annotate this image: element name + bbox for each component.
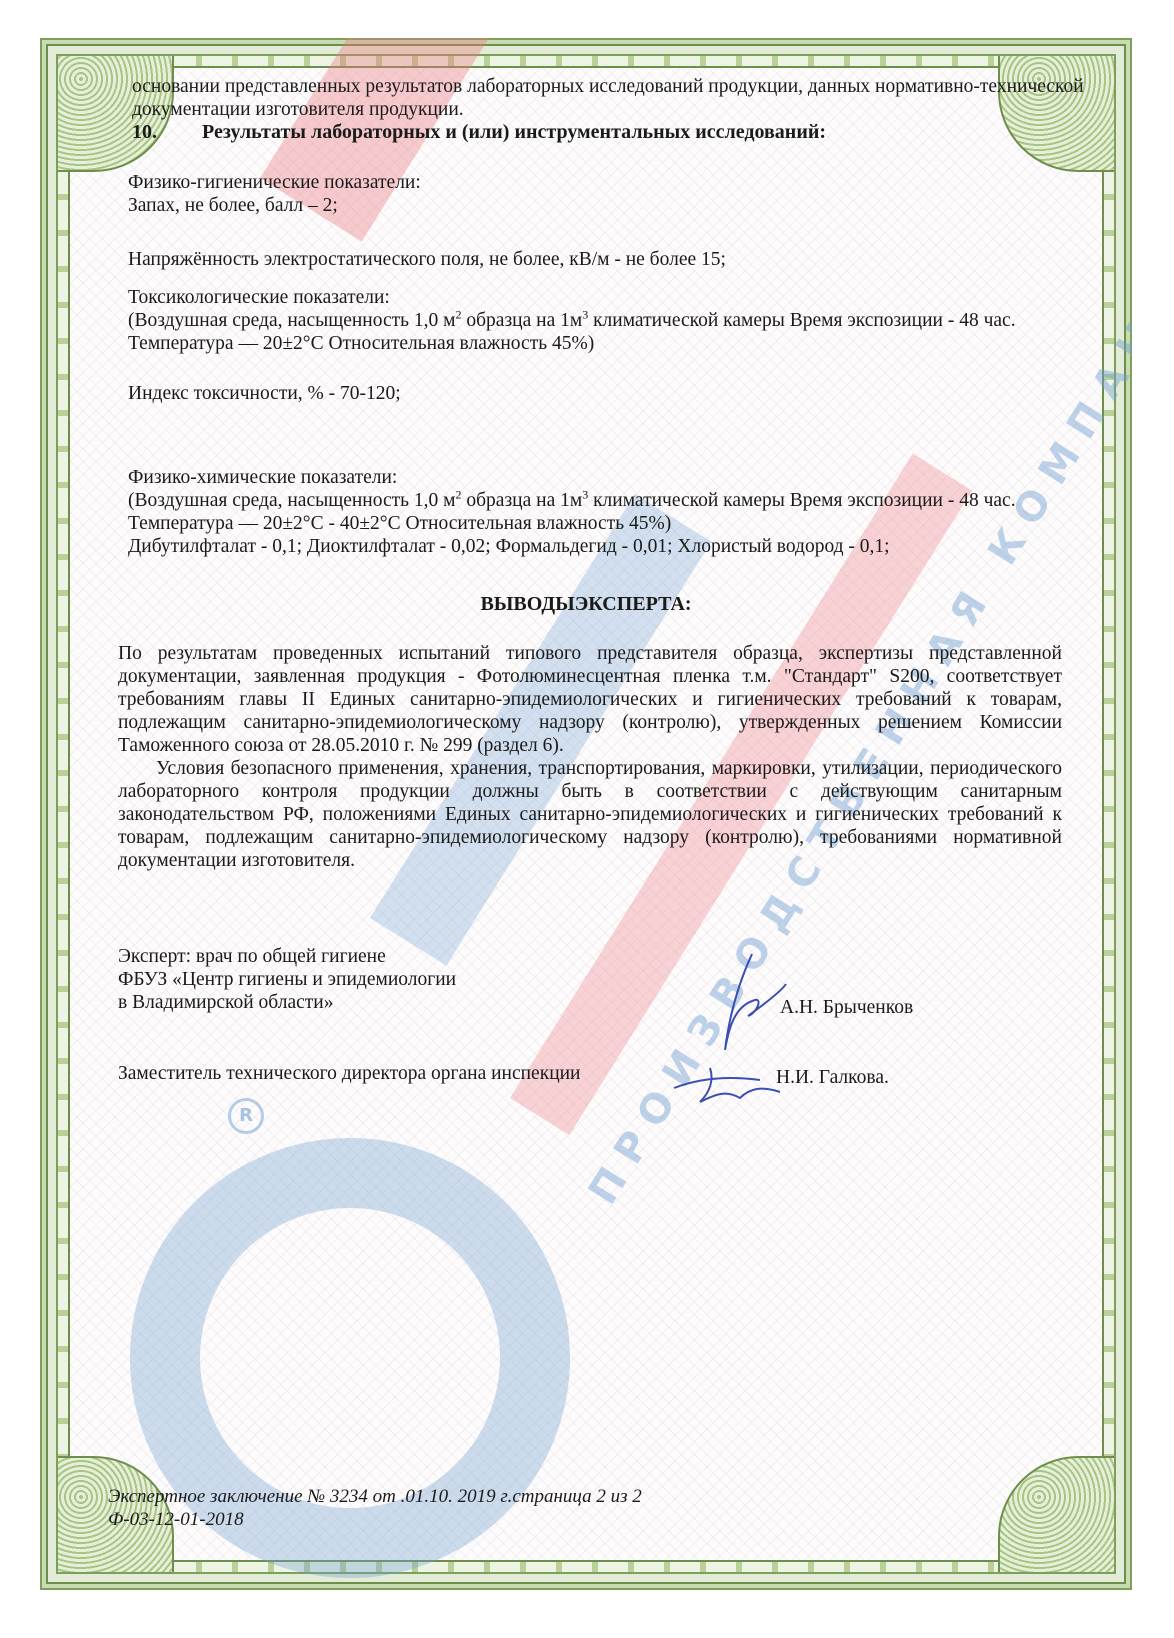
expert-line: ФБУЗ «Центр гигиены и эпидемиологии [118,968,456,991]
physical-chemical-values: Дибутилфталат - 0,1; Диоктилфталат - 0,0… [128,535,1088,558]
physical-chemical-heading: Физико-химические показатели: [128,466,1088,489]
expert-name: А.Н. Брыченков [780,996,913,1019]
conclusion-paragraph: Условия безопасного применения, хранения… [118,757,1062,872]
expert-line: Эксперт: врач по общей гигиене [118,945,456,968]
section-title: Результаты лабораторных и (или) инструме… [202,121,826,143]
odor-value: Запах, не более, балл – 2; [128,194,1088,217]
signature-expert [700,950,790,1060]
expert-line: в Владимирской области» [118,991,456,1014]
conclusion-paragraph: По результатам проведенных испытаний тип… [118,642,1062,757]
text-segment: образца на 1м [462,310,583,331]
section-heading: 10.Результаты лабораторных и (или) инстр… [132,121,826,144]
physical-chemical-conditions: (Воздушная среда, насыщенность 1,0 м2 об… [128,489,1088,535]
toxicological-heading: Токсикологические показатели: [128,286,1088,309]
footer-reference: Экспертное заключение № 3234 от .01.10. … [108,1485,642,1508]
electrostatic-value: Напряжённость электростатического поля, … [128,248,1088,271]
toxicity-index-value: Индекс токсичности, % - 70-120; [128,382,1088,405]
certificate-page: ПРОИЗВОДСТВЕННАЯ КОМПАНИЯ R основании пр… [40,38,1132,1590]
deputy-role: Заместитель технического директора орган… [118,1062,581,1085]
section-number: 10. [132,121,202,144]
deputy-name: Н.И. Галкова. [776,1066,889,1089]
expert-block: Эксперт: врач по общей гигиене ФБУЗ «Цен… [118,945,456,1014]
text-segment: образца на 1м [462,490,583,511]
document-footer: Экспертное заключение № 3234 от .01.10. … [108,1485,642,1531]
electrostatic-block: Напряжённость электростатического поля, … [128,248,1088,271]
document-content: основании представленных результатов лаб… [40,38,1132,1590]
toxicity-index-block: Индекс токсичности, % - 70-120; [128,382,1088,405]
text-segment: (Воздушная среда, насыщенность 1,0 м [128,490,456,511]
physical-hygienic-block: Физико-гигиенические показатели: Запах, … [128,171,1088,217]
toxicological-conditions: (Воздушная среда, насыщенность 1,0 м2 об… [128,309,1088,355]
conclusion-body: По результатам проведенных испытаний тип… [118,642,1062,872]
conclusion-title: ВЫВОДЫЭКСПЕРТА: [40,593,1132,616]
intro-text: основании представленных результатов лаб… [132,75,1092,121]
toxicological-block: Токсикологические показатели: (Воздушная… [128,286,1088,355]
physical-chemical-block: Физико-химические показатели: (Воздушная… [128,466,1088,558]
physical-hygienic-heading: Физико-гигиенические показатели: [128,171,1088,194]
footer-form-code: Ф-03-12-01-2018 [108,1508,642,1531]
text-segment: (Воздушная среда, насыщенность 1,0 м [128,310,456,331]
